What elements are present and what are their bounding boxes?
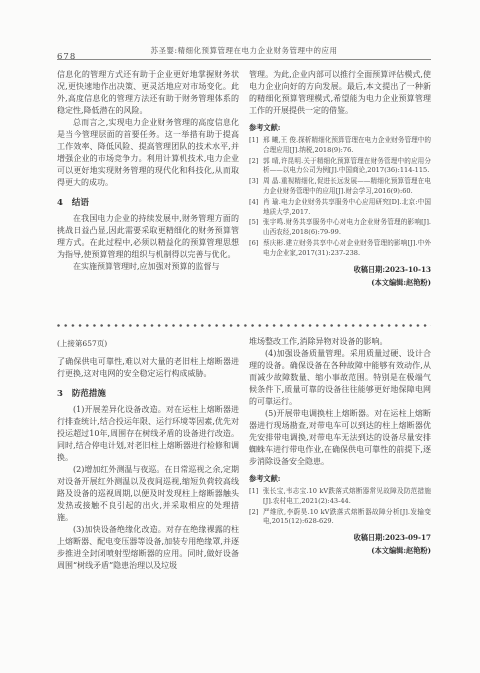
section-number: 3 (57, 389, 63, 399)
paragraph: (4)加强设备质量管理。采用质量过硬、设计合理的设备。确保设备在各种故障中能够有… (249, 348, 431, 408)
reference-item: [6] 蔡庆彬.建立财务共享中心对企业财务管理的影响[J].中外电力企业家,20… (249, 239, 431, 259)
section-title: 防范措施 (72, 389, 106, 399)
reference-number: [5] (249, 218, 263, 238)
reference-item: [1] 邢 曦,王 俊.探析精细化预算管理在电力企业财务管理中的合理应用[J].… (249, 136, 431, 156)
paragraph: 了确保供电可靠性,难以对大量的老旧柱上熔断器进行更换,这对电网的安全稳定运行构成… (57, 356, 239, 380)
reference-text: 蔡庆彬.建立财务共享中心对企业财务管理的影响[J].中外电力企业家,2017(3… (263, 239, 431, 259)
paragraph: 在实施预算管理时,应加强对预算的监督与 (57, 261, 239, 273)
article1-section: 信息化的管理方式还有助于企业更好地掌握财务状况,更快速地作出决策、更灵活地应对市… (57, 69, 431, 317)
section-number: 4 (57, 198, 63, 208)
references-label: 参考文献: (249, 123, 431, 133)
paragraph: (3)加快设备绝缘化改造。对存在绝缘裸露的柱上熔断器、配电变压器等设备,加装专用… (57, 524, 239, 572)
article-divider (57, 324, 431, 327)
article2-section: (上接第657页) 了确保供电可靠性,难以对大量的老旧柱上熔断器进行更换,这对电… (57, 336, 431, 572)
reference-item: [3] 周 晶.重视精细化,促进长远发展——精细化预算管理在电力企业财务管理中的… (249, 177, 431, 197)
reference-text: 周 晶.重视精细化,促进长远发展——精细化预算管理在电力企业财务管理中的应用[J… (263, 177, 431, 197)
journal-page: 678 苏圣婴:精细化预算管理在电力企业财务管理中的应用 信息化的管理方式还有助… (0, 0, 480, 673)
continued-from-note: (上接第657页) (57, 338, 239, 349)
reference-text: 邢 曦,王 俊.探析精细化预算管理在电力企业财务管理中的合理应用[J].纳税,2… (263, 136, 431, 156)
reference-item: [5] 张宇鸣.财务共享服务中心对电力企业财务管理的影响[J].山西农经,201… (249, 218, 431, 238)
reference-text: 肖 瑜.电力企业财务共享服务中心应用研究[D].北京:中国地质大学,2017. (263, 198, 431, 218)
reference-text: 张长宝,韦志宝.10 kV跌落式熔断器常见故障及防范措施[J].农村电工,202… (263, 487, 431, 507)
reference-item: [2] 郭 晴,许昆明.关于精细化预算管理在财务管理中的应用分析——以电力公司为… (249, 157, 431, 177)
article2-left-column: (上接第657页) 了确保供电可靠性,难以对大量的老旧柱上熔断器进行更换,这对电… (57, 336, 239, 572)
reference-item: [1] 张长宝,韦志宝.10 kV跌落式熔断器常见故障及防范措施[J].农村电工… (249, 487, 431, 507)
reference-number: [6] (249, 239, 263, 259)
section-heading: 3防范措施 (57, 387, 239, 399)
reference-item: [4] 肖 瑜.电力企业财务共享服务中心应用研究[D].北京:中国地质大学,20… (249, 198, 431, 218)
references-label: 参考文献: (249, 474, 431, 484)
paragraph: 总而言之,实现电力企业财务管理的高度信息化是当今管理层面的首要任务。这一举措有助… (57, 117, 239, 189)
paragraph: 信息化的管理方式还有助于企业更好地掌握财务状况,更快速地作出决策、更灵活地应对市… (57, 69, 239, 117)
reference-number: [1] (249, 487, 263, 507)
reference-number: [4] (249, 198, 263, 218)
running-title: 苏圣婴:精细化预算管理在电力企业财务管理中的应用 (57, 45, 431, 56)
paragraph: 管理。为此,企业内部可以推行全面预算评估模式,使电力企业向好的方向发展。最后,本… (249, 69, 431, 117)
paragraph: (5)开展带电调换柱上熔断器。对在运柱上熔断器进行现场勘查,对带电车可以到达的柱… (249, 408, 431, 468)
paragraph: (1)开展差异化设备改造。对在运柱上熔断器进行排查统计,结合投运年限、运行环境等… (57, 404, 239, 464)
reference-text: 张宇鸣.财务共享服务中心对电力企业财务管理的影响[J].山西农经,2018(6)… (263, 218, 431, 238)
paragraph: (2)增加红外测温与夜巡。在日常巡视之余,定期对设备开展红外测温以及夜间巡视,缩… (57, 464, 239, 524)
reference-text: 严维欣,李蔚昊.10 kV跌落式熔断器故障分析[J].发输变电,2015(12)… (263, 508, 431, 528)
page-header: 678 苏圣婴:精细化预算管理在电力企业财务管理中的应用 (57, 44, 431, 60)
received-date: 收稿日期:2023-10-13 (249, 265, 431, 275)
paragraph: 堆场整改工作,消除异物对设备的影响。 (249, 336, 431, 348)
paragraph: 在我国电力企业的持续发展中,财务管理方面的挑战日益凸显,因此需要采取更精细化的财… (57, 213, 239, 261)
editor-note: (本文编辑:赵艳粉) (249, 546, 431, 556)
article1-right-column: 管理。为此,企业内部可以推行全面预算评估模式,使电力企业向好的方向发展。最后,本… (249, 69, 431, 317)
editor-note: (本文编辑:赵艳粉) (249, 278, 431, 288)
reference-number: [1] (249, 136, 263, 156)
reference-number: [3] (249, 177, 263, 197)
article2-right-column: 堆场整改工作,消除异物对设备的影响。 (4)加强设备质量管理。采用质量过硬、设计… (249, 336, 431, 572)
article1-left-column: 信息化的管理方式还有助于企业更好地掌握财务状况,更快速地作出决策、更灵活地应对市… (57, 69, 239, 317)
received-date: 收稿日期:2023-09-17 (249, 533, 431, 543)
reference-text: 郭 晴,许昆明.关于精细化预算管理在财务管理中的应用分析——以电力公司为例[J]… (263, 157, 431, 177)
reference-item: [2] 严维欣,李蔚昊.10 kV跌落式熔断器故障分析[J].发输变电,2015… (249, 508, 431, 528)
section-heading: 4结语 (57, 196, 239, 208)
reference-number: [2] (249, 508, 263, 528)
section-title: 结语 (72, 198, 89, 208)
reference-number: [2] (249, 157, 263, 177)
